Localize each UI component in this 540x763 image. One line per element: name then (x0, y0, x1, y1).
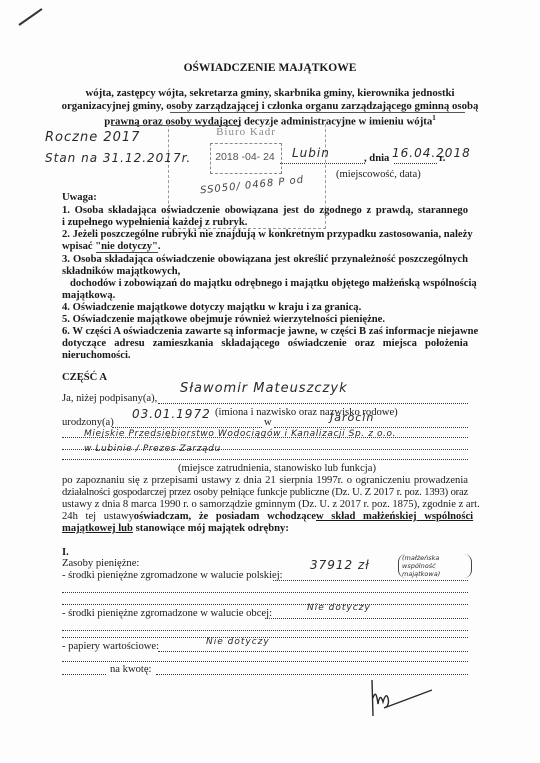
handwritten-period: Roczne 2017 (45, 130, 140, 145)
pln-dotted-line-2 (62, 592, 468, 593)
birth-place-handwritten: Jarocin (330, 411, 374, 424)
pln-dotted-line-3 (62, 604, 468, 605)
place-date-caption: (miejscowość, data) (336, 169, 421, 180)
employment-handwritten-1: Miejskie Przedsiębiorstwo Wodociągów i K… (84, 429, 396, 439)
place-handwritten: Lubin (292, 146, 330, 160)
scan-mark (18, 8, 42, 26)
securities-dotted-line (158, 651, 468, 652)
foreign-dotted-line-2 (62, 630, 468, 631)
pln-dotted-line (273, 580, 468, 581)
note-4: 4. Oświadczenie majątkowe dotyczy majątk… (62, 302, 468, 314)
note-1a: 1. Osoba składająca oświadczenie obowiąz… (62, 205, 468, 217)
statement-line-1: po zapoznaniu się z przepisami ustawy z … (62, 475, 468, 487)
place-dotted-line (280, 163, 365, 164)
statement-line-2: działalności gospodarczej przez osoby pe… (62, 487, 468, 499)
document-title: OŚWIADCZENIE MAJĄTKOWE (0, 62, 540, 74)
handwritten-state-date: Stan na 31.12.2017r. (45, 151, 191, 165)
note-3b: składników majątkowych, (62, 266, 468, 278)
stamp-office: Biuro Kadr (168, 126, 324, 138)
note-1b: i zupełnego wypełnienia każdej z rubryk. (62, 217, 468, 229)
subtitle-line-1: wójta, zastępcy wójta, sekretarza gminy,… (0, 87, 540, 99)
pln-value-handwritten: 37912 zł (310, 558, 370, 572)
stamp-date: 2018 -04- 24 (210, 151, 280, 163)
statement-line-4: 24h tej ustawy oświadczam, że posiadam w… (62, 511, 468, 523)
subtitle-line-2: organizacyjnej gminy, osoby zarządzające… (0, 100, 540, 112)
note-3a: 3. Osoba składająca oświadczenie obowiąz… (62, 254, 468, 266)
employment-dotted-line-3 (62, 459, 468, 460)
note-3d: majątkową. (62, 290, 468, 302)
amount-dotted-prefix (62, 674, 106, 675)
note-6a: 6. W części A oświadczenia zawarte są in… (62, 326, 468, 338)
securities-dotted-line-2 (62, 661, 468, 662)
foreign-dotted-line (265, 618, 468, 619)
employment-handwritten-2: w Lubinie / Prezes Zarządu (84, 444, 221, 454)
note-6b: dotyczące adresu zamieszkania składające… (62, 338, 468, 350)
statement-line-5: majątkowej lub stanowiące mój majątek od… (62, 523, 468, 535)
birth-place-dotted-line (274, 427, 468, 428)
amount-label: na kwotę: (110, 664, 151, 675)
statement-line-5-bold: stanowiące mój majątek odrębny: (133, 523, 289, 534)
in-label: w (264, 417, 272, 428)
statement-line-3: ustawy z dnia 8 marca 1990 r. o samorząd… (62, 499, 468, 511)
note-3c: dochodów i zobowiązań do majątku odrębne… (70, 278, 468, 290)
footnote-marker: 1 (432, 114, 436, 122)
notes-heading: Uwaga: (62, 192, 468, 204)
foreign-value-handwritten: Nie dotyczy (307, 603, 371, 613)
note-6c: nieruchomości. (62, 350, 468, 362)
pln-note-handwritten: (małżeńska wspólność majątkowa) (398, 554, 472, 578)
note-5: 5. Oświadczenie majątkowe obejmuje równi… (62, 314, 468, 326)
amount-dotted-line (156, 674, 468, 675)
statement-line-4-bold-underlined: w skład małżeńskiej wspólności (316, 511, 473, 523)
birth-date-dotted-line (112, 427, 262, 428)
signature-scribble-icon (368, 678, 438, 718)
name-dotted-line (158, 403, 468, 404)
date-handwritten: 16.04.2018 (392, 146, 471, 160)
birth-date-handwritten: 03.01.1972 (132, 407, 211, 421)
note-2a: 2. Jeżeli poszczególne rubryki nie znajd… (62, 229, 468, 241)
r-label: r. (439, 153, 445, 164)
statement-line-5-bold-underlined: majątkowej lub (62, 523, 133, 534)
name-handwritten: Sławomir Mateuszczyk (180, 381, 348, 396)
statement-line-4-bold: oświadczam, że posiadam wchodzące (134, 511, 316, 523)
signature (368, 678, 438, 718)
statement-line-4-plain: 24h tej ustawy (62, 511, 134, 523)
subtitle-underline (170, 112, 465, 113)
employment-caption: (miejsce zatrudnienia, stanowisko lub fu… (178, 463, 376, 474)
nie-dotyczy-underline (96, 252, 158, 253)
dnia-label: , dnia (364, 153, 389, 164)
securities-value-handwritten: Nie dotyczy (206, 637, 270, 647)
date-dotted-line (394, 163, 437, 164)
